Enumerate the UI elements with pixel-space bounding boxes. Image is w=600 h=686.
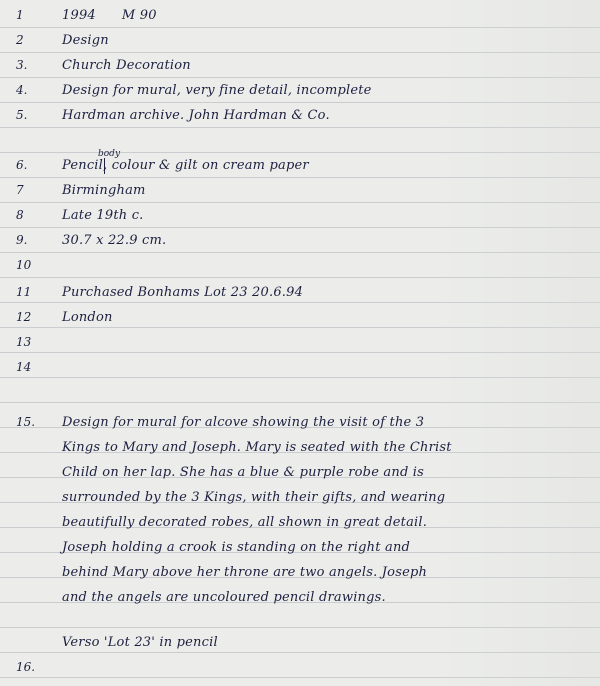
entry-line-4: 4. Design for mural, very fine detail, i…: [0, 78, 600, 103]
description-text: Child on her lap. She has a blue & purpl…: [62, 460, 424, 485]
entry-number: 15.: [16, 410, 56, 435]
entry-number: 11: [16, 280, 56, 305]
entry-line-3: 3. Church Decoration: [0, 53, 600, 78]
description-line-6: Joseph holding a crook is standing on th…: [0, 535, 600, 560]
entry-number: 6.: [16, 153, 56, 178]
entry-number: 8: [16, 203, 56, 228]
entry-text: Late 19th c.: [62, 203, 144, 228]
verso-note: Verso 'Lot 23' in pencil: [62, 630, 218, 655]
entry-number: 1: [16, 3, 56, 28]
entry-text: Purchased Bonhams Lot 23 20.6.94: [62, 280, 303, 305]
description-line-2: Kings to Mary and Joseph. Mary is seated…: [0, 435, 600, 460]
entry-text: 30.7 x 22.9 cm.: [62, 228, 166, 253]
description-text: Design for mural for alcove showing the …: [62, 410, 424, 435]
entry-line-2: 2 Design: [0, 28, 600, 53]
entry-line-10: 10: [0, 253, 600, 278]
description-line-8: and the angels are uncoloured pencil dra…: [0, 585, 600, 610]
entry-text: Hardman archive. John Hardman & Co.: [62, 103, 330, 128]
entry-number: 9.: [16, 228, 56, 253]
description-text: surrounded by the 3 Kings, with their gi…: [62, 485, 445, 510]
description-line-3: Child on her lap. She has a blue & purpl…: [0, 460, 600, 485]
description-text: Kings to Mary and Joseph. Mary is seated…: [62, 435, 452, 460]
entry-line-6: 6. body Pencil, colour & gilt on cream p…: [0, 153, 600, 178]
description-line-5: beautifully decorated robes, all shown i…: [0, 510, 600, 535]
entry-number: 4.: [16, 78, 56, 103]
description-line-1: 15. Design for mural for alcove showing …: [0, 410, 600, 435]
entry-number: 14: [16, 355, 56, 380]
entry-number: 2: [16, 28, 56, 53]
entry-line-11: 11 Purchased Bonhams Lot 23 20.6.94: [0, 280, 600, 305]
entry-line-16: 16.: [0, 655, 600, 680]
entry-number: 10: [16, 253, 56, 278]
entry-number: 16.: [16, 655, 56, 680]
entry-line-1: 1 1994 M 90: [0, 3, 600, 28]
description-line-4: surrounded by the 3 Kings, with their gi…: [0, 485, 600, 510]
entry-number: 7: [16, 178, 56, 203]
entry-line-7: 7 Birmingham: [0, 178, 600, 203]
entry-text: Design for mural, very fine detail, inco…: [62, 78, 372, 103]
entry-text: 1994 M 90: [62, 3, 157, 28]
entry-text: Church Decoration: [62, 53, 191, 78]
entry-number: 3.: [16, 53, 56, 78]
description-text: behind Mary above her throne are two ang…: [62, 560, 427, 585]
entry-text: London: [62, 305, 113, 330]
entry-number: 5.: [16, 103, 56, 128]
entry-text: Birmingham: [62, 178, 146, 203]
entry-text: Pencil, colour & gilt on cream paper: [62, 153, 309, 178]
description-text: Joseph holding a crook is standing on th…: [62, 535, 410, 560]
entry-line-13: 13: [0, 330, 600, 355]
entry-text: Design: [62, 28, 109, 53]
entry-line-9: 9. 30.7 x 22.9 cm.: [0, 228, 600, 253]
description-text: beautifully decorated robes, all shown i…: [62, 510, 427, 535]
ruled-paper-page: 1 1994 M 90 2 Design 3. Church Decoratio…: [0, 0, 600, 686]
entry-number: 12: [16, 305, 56, 330]
verso-note-line: Verso 'Lot 23' in pencil: [0, 630, 600, 655]
entry-line-5: 5. Hardman archive. John Hardman & Co.: [0, 103, 600, 128]
entry-number: 13: [16, 330, 56, 355]
description-line-7: behind Mary above her throne are two ang…: [0, 560, 600, 585]
description-text: and the angels are uncoloured pencil dra…: [62, 585, 386, 610]
entry-line-8: 8 Late 19th c.: [0, 203, 600, 228]
entry-line-14: 14: [0, 355, 600, 380]
entry-line-12: 12 London: [0, 305, 600, 330]
